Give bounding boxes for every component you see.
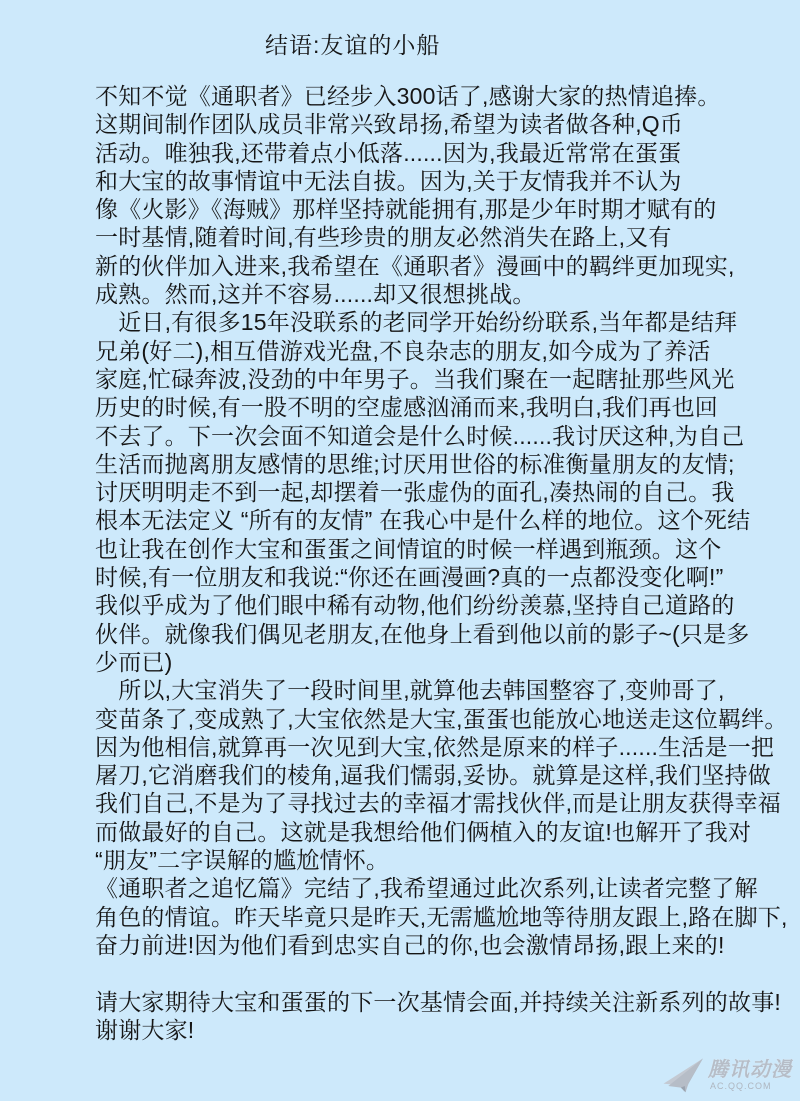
comic-afterword-page: 结语:友谊的小船 不知不觉《通职者》已经步入300话了,感谢大家的热情追捧。这期… — [0, 0, 800, 1101]
text-line: 讨厌明明走不到一起,却摆着一张虚伪的面孔,凑热闹的自己。我 — [95, 478, 790, 506]
text-line: 伙伴。就像我们偶见老朋友,在他身上看到他以前的影子~(只是多 — [95, 620, 790, 648]
text-line: 少而已) — [95, 648, 790, 676]
text-line: 历史的时候,有一股不明的空虚感汹涌而来,我明白,我们再也回 — [95, 393, 790, 421]
text-line: 这期间制作团队成员非常兴致昂扬,希望为读者做各种,Q币 — [95, 110, 790, 138]
text-line: 请大家期待大宝和蛋蛋的下一次基情会面,并持续关注新系列的故事! — [95, 988, 790, 1016]
text-line: 因为他相信,就算再一次见到大宝,依然是原来的样子......生活是一把 — [95, 733, 790, 761]
text-line: 而做最好的自己。这就是我想给他们俩植入的友谊!也解开了我对 — [95, 818, 790, 846]
text-line: “朋友”二字误解的尴尬情怀。 — [95, 846, 790, 874]
text-line: 不知不觉《通职者》已经步入300话了,感谢大家的热情追捧。 — [95, 82, 790, 110]
text-line: 我们自己,不是为了寻找过去的幸福才需找伙伴,而是让朋友获得幸福 — [95, 789, 790, 817]
page-title: 结语:友谊的小船 — [265, 27, 440, 60]
text-line: 生活而抛离朋友感情的思维;讨厌用世俗的标准衡量朋友的友情; — [95, 450, 790, 478]
text-line: 也让我在创作大宝和蛋蛋之间情谊的时候一样遇到瓶颈。这个 — [95, 535, 790, 563]
text-line: 所以,大宝消失了一段时间里,就算他去韩国整容了,变帅哥了, — [95, 676, 790, 704]
text-line: 和大宝的故事情谊中无法自拔。因为,关于友情我并不认为 — [95, 167, 790, 195]
text-line: 变苗条了,变成熟了,大宝依然是大宝,蛋蛋也能放心地送走这位羁绊。 — [95, 705, 790, 733]
paper-plane-icon — [662, 1055, 706, 1095]
text-line: 根本无法定义 “所有的友情” 在我心中是什么样的地位。这个死结 — [95, 506, 790, 534]
text-line: 屠刀,它消磨我们的棱角,逼我们懦弱,妥协。就算是这样,我们坚持做 — [95, 761, 790, 789]
text-line: 一时基情,随着时间,有些珍贵的朋友必然消失在路上,又有 — [95, 223, 790, 251]
text-line: 《通职者之追忆篇》完结了,我希望通过此次系列,让读者完整了解 — [95, 874, 790, 902]
text-line — [95, 959, 790, 987]
text-line: 新的伙伴加入进来,我希望在《通职者》漫画中的羁绊更加现实, — [95, 252, 790, 280]
text-line: 像《火影》《海贼》那样坚持就能拥有,那是少年时期才赋有的 — [95, 195, 790, 223]
watermark-url: AC.QQ.COM — [708, 1082, 792, 1091]
tencent-comics-watermark: 腾讯动漫 AC.QQ.COM — [662, 1055, 792, 1095]
text-line: 时候,有一位朋友和我说:“你还在画漫画?真的一点都没变化啊!” — [95, 563, 790, 591]
text-line: 兄弟(好二),相互借游戏光盘,不良杂志的朋友,如今成为了养活 — [95, 337, 790, 365]
afterword-text: 不知不觉《通职者》已经步入300话了,感谢大家的热情追捧。这期间制作团队成员非常… — [95, 82, 790, 1044]
text-line: 家庭,忙碌奔波,没劲的中年男子。当我们聚在一起瞎扯那些风光 — [95, 365, 790, 393]
text-line: 活动。唯独我,还带着点小低落......因为,我最近常常在蛋蛋 — [95, 139, 790, 167]
watermark-brand: 腾讯动漫 — [708, 1060, 792, 1080]
text-line: 谢谢大家! — [95, 1016, 790, 1044]
text-line: 角色的情谊。昨天毕竟只是昨天,无需尴尬地等待朋友跟上,路在脚下, — [95, 903, 790, 931]
watermark-text: 腾讯动漫 AC.QQ.COM — [708, 1060, 792, 1091]
text-line: 不去了。下一次会面不知道会是什么时候......我讨厌这种,为自己 — [95, 422, 790, 450]
text-line: 我似乎成为了他们眼中稀有动物,他们纷纷羡慕,坚持自己道路的 — [95, 591, 790, 619]
text-line: 奋力前进!因为他们看到忠实自己的你,也会激情昂扬,跟上来的! — [95, 931, 790, 959]
text-line: 近日,有很多15年没联系的老同学开始纷纷联系,当年都是结拜 — [95, 308, 790, 336]
text-line: 成熟。然而,这并不容易......却又很想挑战。 — [95, 280, 790, 308]
